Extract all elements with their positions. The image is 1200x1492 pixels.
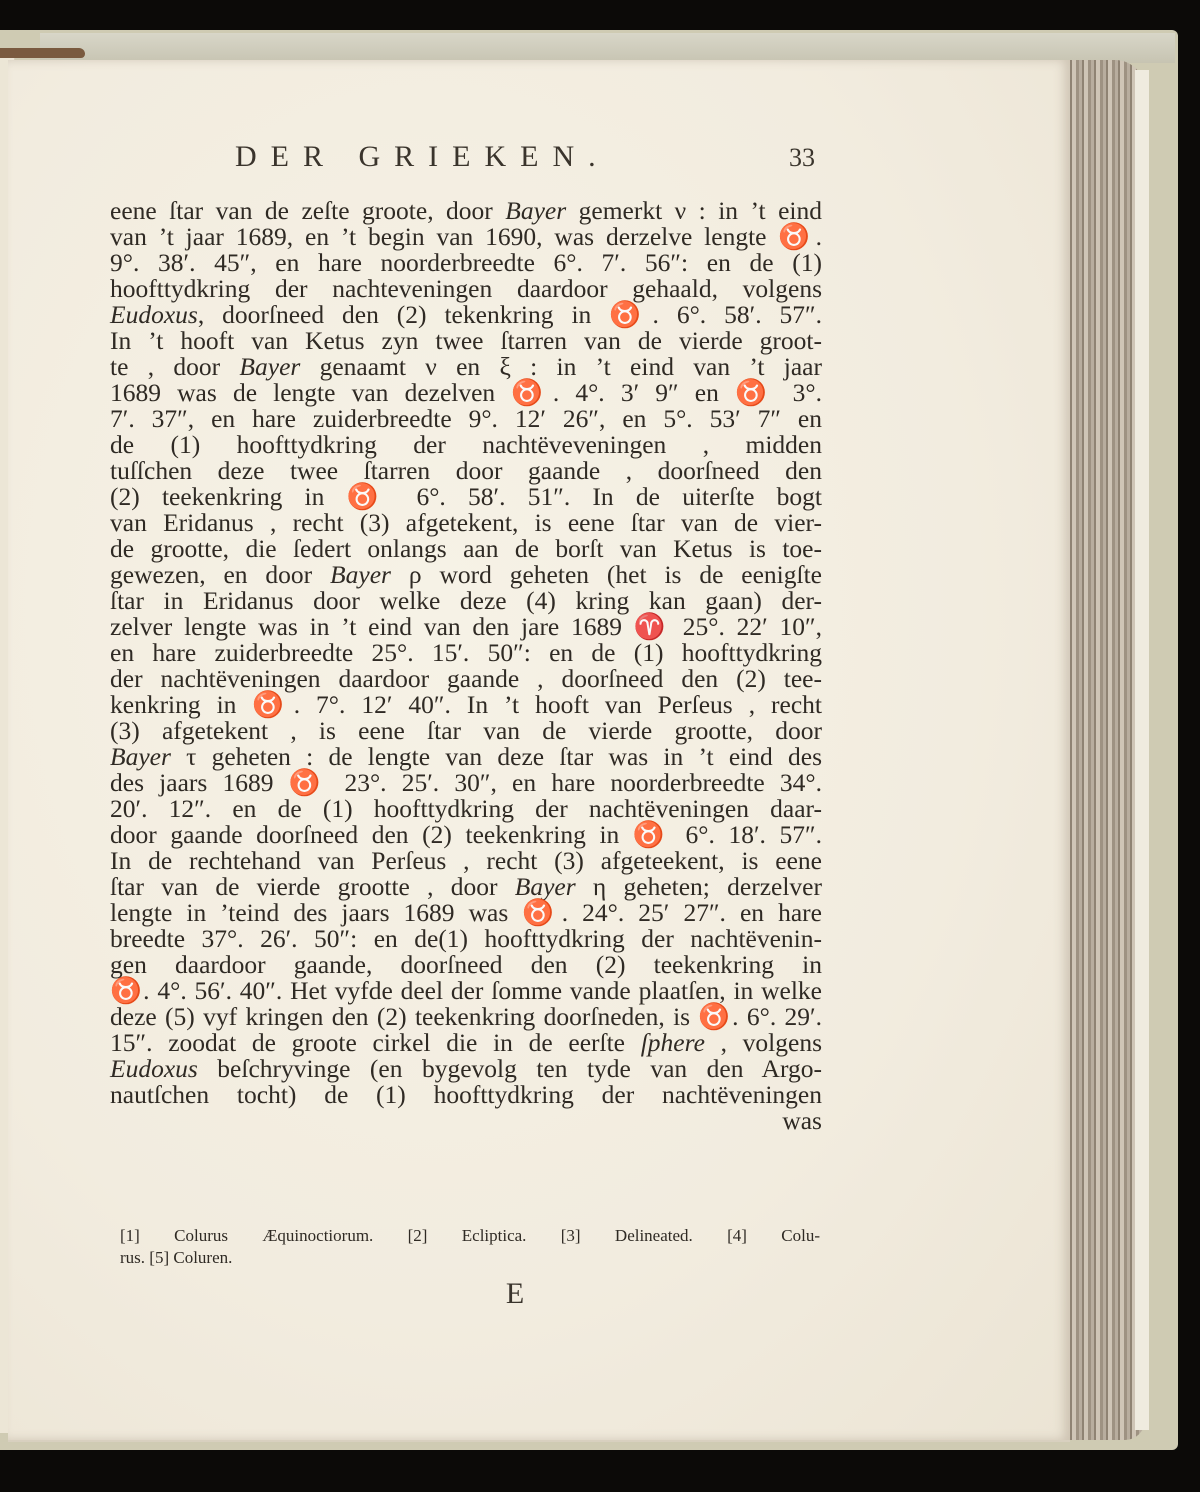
running-head: DER GRIEKEN. 33 xyxy=(235,140,815,180)
italic-term: Eudoxus xyxy=(110,300,198,329)
text-line: Eudoxus, doorſneed den (2) tekenkring in… xyxy=(110,302,822,328)
text-line: Bayer τ geheten : de lengte van deze ſta… xyxy=(110,744,822,770)
footnote-line: rus. [5] Coluren. xyxy=(120,1247,820,1269)
text-line: en hare zuiderbreedte 25°. 15′. 50″: en … xyxy=(110,640,822,666)
italic-term: Bayer xyxy=(239,352,300,381)
text-line: was xyxy=(110,1108,822,1134)
text-line: te , door Bayer genaamt ν en ξ : in ’t e… xyxy=(110,354,822,380)
text-line: deze (5) vyf kringen den (2) teekenkring… xyxy=(110,1004,822,1030)
text-line: 9°. 38′. 45″, en hare noorderbreedte 6°.… xyxy=(110,250,822,276)
text-line: ♉. 4°. 56′. 40″. Het vyfde deel der ſomm… xyxy=(110,978,822,1004)
text-line: ſtar van de vierde grootte , door Bayer … xyxy=(110,874,822,900)
text-line: der nachtëveningen daardoor gaande , doo… xyxy=(110,666,822,692)
text-line: eene ſtar van de zeſte groote, door Baye… xyxy=(110,198,822,224)
text-line: 7′. 37″, en hare zuiderbreedte 9°. 12′ 2… xyxy=(110,406,822,432)
text-line: kenkring in ♉. 7°. 12′ 40″. In ’t hooft … xyxy=(110,692,822,718)
text-line: de (1) hoofttydkring der nachtëveveninge… xyxy=(110,432,822,458)
text-line: Eudoxus beſchryvinge (en bygevolg ten ty… xyxy=(110,1056,822,1082)
text-line: (3) afgetekent , is eene ſtar van de vie… xyxy=(110,718,822,744)
italic-term: Bayer xyxy=(515,872,576,901)
text-line: nautſchen tocht) de (1) hoofttydkring de… xyxy=(110,1082,822,1108)
text-line: van ’t jaar 1689, en ’t begin van 1690, … xyxy=(110,224,822,250)
text-line: 20′. 12″. en de (1) hoofttydkring der na… xyxy=(110,796,822,822)
text-line: ſtar in Eridanus door welke deze (4) kri… xyxy=(110,588,822,614)
text-line: tuſſchen deze twee ſtarren door gaande ,… xyxy=(110,458,822,484)
text-line: 1689 was de lengte van dezelven ♉. 4°. 3… xyxy=(110,380,822,406)
text-line: gen daardoor gaande, doorſneed den (2) t… xyxy=(110,952,822,978)
text-line: gewezen, en door Bayer ρ word geheten (h… xyxy=(110,562,822,588)
signature-mark: E xyxy=(500,1277,530,1311)
italic-term: Eudoxus xyxy=(110,1054,198,1083)
text-line: 15″. zoodat de groote cirkel die in de e… xyxy=(110,1030,822,1056)
text-line: des jaars 1689 ♉ 23°. 25′. 30″, en hare … xyxy=(110,770,822,796)
text-line: door gaande doorſneed den (2) teekenkrin… xyxy=(110,822,822,848)
page-number: 33 xyxy=(789,143,815,173)
running-title: DER GRIEKEN. xyxy=(235,140,610,174)
italic-term: ſphere xyxy=(641,1028,705,1057)
body-text: eene ſtar van de zeſte groote, door Baye… xyxy=(110,198,822,1134)
book-cover-top-edge xyxy=(40,33,1175,63)
bookmark-ribbon xyxy=(0,48,85,58)
page-block-light-edge xyxy=(1135,70,1149,1430)
footnotes: [1] Colurus Æquinoctiorum. [2] Ecliptica… xyxy=(120,1225,820,1269)
text-line: In ’t hooft van Ketus zyn twee ſtarren v… xyxy=(110,328,822,354)
text-line: zelver lengte was in ’t eind van den jar… xyxy=(110,614,822,640)
italic-term: Bayer xyxy=(505,196,566,225)
text-line: hoofttydkring der nachteveningen daardoo… xyxy=(110,276,822,302)
text-line: breedte 37°. 26′. 50″: en de(1) hoofttyd… xyxy=(110,926,822,952)
text-line: de grootte, die ſedert onlangs aan de bo… xyxy=(110,536,822,562)
text-line: lengte in ’teind des jaars 1689 was ♉. 2… xyxy=(110,900,822,926)
text-line: van Eridanus , recht (3) afgetekent, is … xyxy=(110,510,822,536)
italic-term: Bayer xyxy=(110,742,171,771)
italic-term: Bayer xyxy=(330,560,391,589)
text-line: In de rechtehand van Perſeus , recht (3)… xyxy=(110,848,822,874)
text-line: (2) teekenkring in ♉ 6°. 58′. 51″. In de… xyxy=(110,484,822,510)
footnote-line: [1] Colurus Æquinoctiorum. [2] Ecliptica… xyxy=(120,1225,820,1247)
